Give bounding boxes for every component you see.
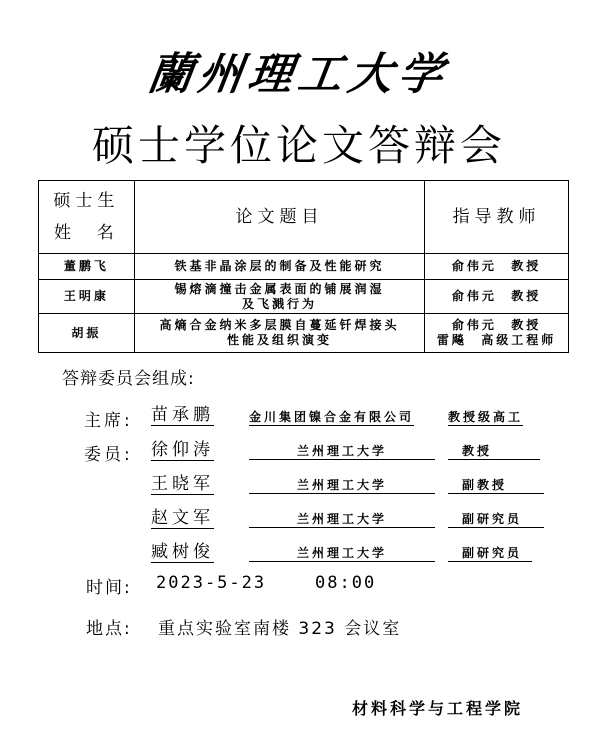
member-rank: 教授	[448, 443, 540, 460]
advisor-line2: 雷飚 高级工程师	[425, 333, 568, 348]
member-name: 赵文军	[151, 508, 214, 529]
advisor: 俞伟元 教授	[425, 280, 569, 314]
advisor-line1: 俞伟元 教授	[425, 259, 568, 274]
thesis-title: 高熵合金纳米多层膜自蔓延钎焊接头 性能及组织演变	[134, 314, 424, 353]
time-value: 2023-5-23 08:00	[156, 573, 376, 593]
thesis-title-line1: 高熵合金纳米多层膜自蔓延钎焊接头	[135, 318, 424, 333]
member-org: 兰州理工大学	[249, 477, 435, 494]
member-name: 臧树俊	[151, 542, 214, 563]
school-name: 材料科学与工程学院	[352, 696, 523, 719]
header-student: 硕士生 姓 名	[39, 181, 135, 254]
thesis-title-line2: 及飞溅行为	[135, 297, 424, 312]
table-header-row: 硕士生 姓 名 论文题目 指导教师	[39, 181, 569, 254]
thesis-title: 锡熔滴撞击金属表面的铺展润湿 及飞溅行为	[134, 280, 424, 314]
advisor-line1: 俞伟元 教授	[425, 318, 568, 333]
header-advisor: 指导教师	[425, 181, 569, 254]
committee-heading: 答辩委员会组成:	[62, 364, 195, 389]
table-row: 董鹏飞 铁基非晶涂层的制备及性能研究 俞伟元 教授	[39, 254, 569, 280]
members-label: 委员:	[84, 440, 133, 465]
header-thesis: 论文题目	[134, 181, 424, 254]
place-label: 地点:	[86, 614, 132, 639]
chair-label: 主席:	[84, 406, 133, 431]
thesis-title-line1: 锡熔滴撞击金属表面的铺展润湿	[135, 282, 424, 297]
member-org: 兰州理工大学	[249, 511, 435, 528]
university-name: 蘭州理工大学	[0, 38, 598, 102]
student-name: 胡振	[39, 314, 135, 353]
time-label: 时间:	[86, 573, 132, 598]
place-value: 重点实验室南楼 323 会议室	[158, 614, 401, 639]
member-org: 兰州理工大学	[249, 443, 435, 460]
advisor: 俞伟元 教授 雷飚 高级工程师	[425, 314, 569, 353]
member-rank: 副研究员	[448, 511, 544, 528]
student-name: 王明康	[39, 280, 135, 314]
member-rank: 副教授	[448, 477, 544, 494]
page-title: 硕士学位论文答辩会	[0, 118, 598, 174]
member-rank: 副研究员	[448, 545, 532, 562]
table-row: 胡振 高熵合金纳米多层膜自蔓延钎焊接头 性能及组织演变 俞伟元 教授 雷飚 高级…	[39, 314, 569, 353]
chair-name: 苗承鹏	[151, 405, 214, 426]
member-name: 徐仰涛	[151, 440, 214, 461]
thesis-title-line2: 性能及组织演变	[135, 333, 424, 348]
header-student-line2: 姓 名	[39, 217, 134, 249]
chair-rank: 教授级高工	[448, 409, 523, 426]
student-name: 董鹏飞	[39, 254, 135, 280]
header-student-line1: 硕士生	[39, 185, 134, 217]
thesis-title-line1: 铁基非晶涂层的制备及性能研究	[135, 259, 424, 274]
advisor: 俞伟元 教授	[425, 254, 569, 280]
chair-org: 金川集团镍合金有限公司	[249, 409, 414, 426]
thesis-title: 铁基非晶涂层的制备及性能研究	[134, 254, 424, 280]
thesis-table: 硕士生 姓 名 论文题目 指导教师 董鹏飞 铁基非晶涂层的制备及性能研究 俞伟元…	[38, 180, 569, 353]
member-name: 王晓军	[151, 474, 214, 495]
member-org: 兰州理工大学	[249, 545, 435, 562]
advisor-line1: 俞伟元 教授	[425, 289, 568, 304]
table-row: 王明康 锡熔滴撞击金属表面的铺展润湿 及飞溅行为 俞伟元 教授	[39, 280, 569, 314]
